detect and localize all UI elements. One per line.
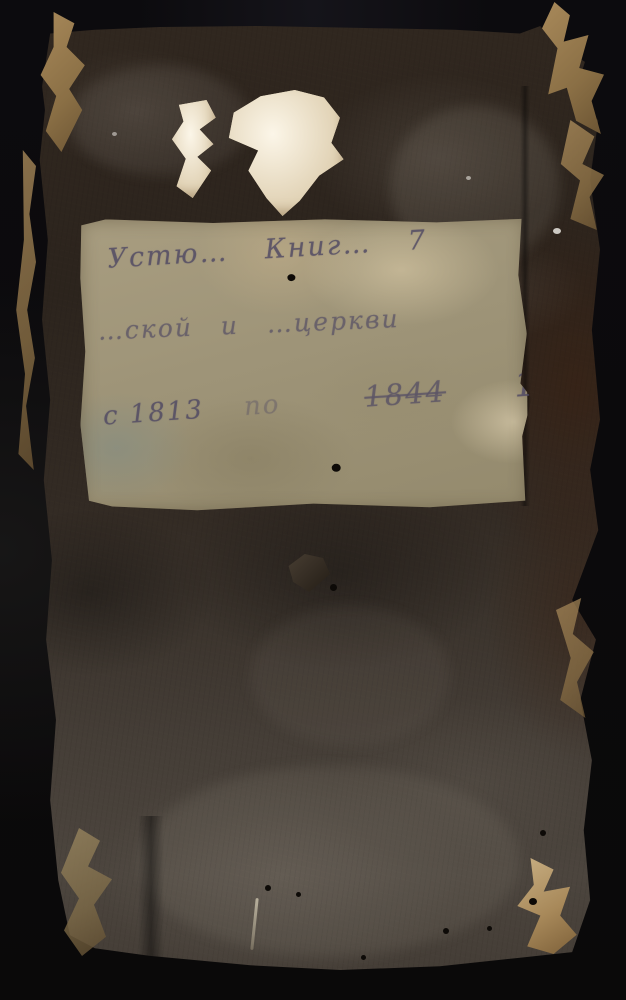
dark-spot: [529, 898, 537, 905]
scuff-patch: [70, 66, 250, 176]
label-line-2: …ской и …церкви: [97, 304, 400, 346]
wormhole-dot: [332, 464, 341, 472]
photo-backdrop: Устю… Книг… 7 …ской и …церкви с 1813 по …: [0, 0, 626, 1000]
white-speck: [112, 132, 117, 136]
scuff-patch: [140, 766, 520, 956]
dark-spot: [296, 892, 301, 897]
scuff-patch: [250, 606, 450, 746]
dark-spot: [361, 955, 366, 960]
dark-spot: [540, 830, 546, 836]
frayed-edge-left: [14, 150, 36, 470]
wormhole-dot: [330, 584, 337, 591]
dark-spot: [487, 926, 492, 931]
white-speck: [553, 228, 561, 234]
label-year-struck: 1844: [363, 374, 447, 413]
label-line-1: Устю… Книг… 7: [107, 225, 428, 275]
leather-crease: [138, 816, 164, 986]
label-year-from: с 1813: [102, 395, 205, 432]
label-word-po: по: [243, 390, 281, 422]
white-speck: [466, 176, 471, 180]
dark-spot: [265, 885, 271, 891]
wormhole-dot: [287, 274, 295, 281]
title-label: Устю… Книг… 7 …ской и …церкви с 1813 по …: [79, 216, 528, 512]
dark-spot: [443, 928, 449, 934]
